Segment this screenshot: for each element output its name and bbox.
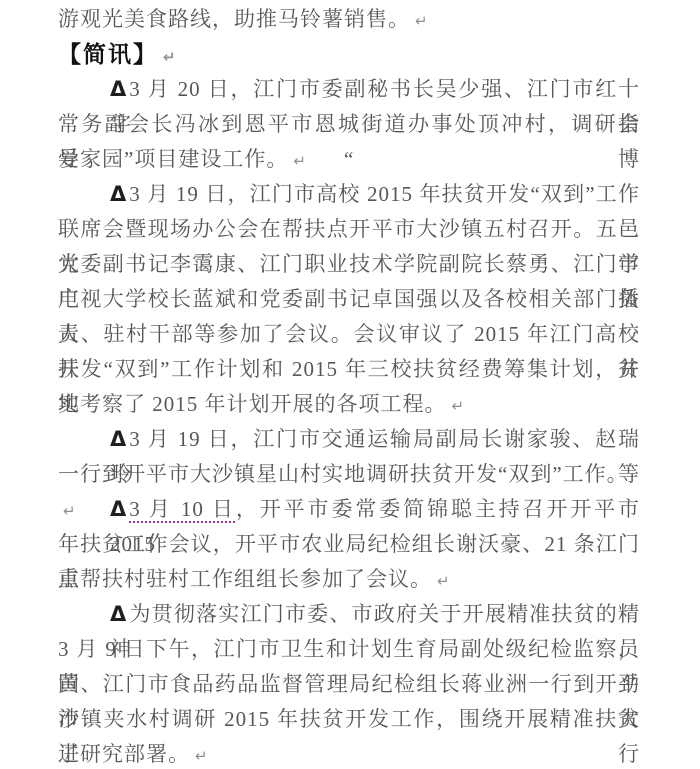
text-segment: 游观光美食路线，助推马铃薯销售。	[58, 7, 410, 31]
para2-line1: Δ3 月 19 日，江门市高校 2015 年扶贫开发“双到”工作	[58, 177, 640, 212]
text-segment: 一行到开平市大沙镇星山村实地调研扶贫开发“双到”工作。	[58, 462, 629, 486]
document-page[interactable]: 游观光美食路线，助推马铃薯销售。↵【简讯】↵Δ3 月 20 日，江门市委副秘书长…	[0, 0, 700, 769]
para5-line3: 国、江门市食品药品监督管理局纪检组长蒋业洲一行到开平市大	[58, 667, 640, 702]
paragraph-mark-icon: ↵	[63, 502, 76, 520]
para1-line1: Δ3 月 20 日，江门市委副秘书长吴少强、江门市红十字会	[58, 72, 640, 107]
delta-marker: Δ	[110, 602, 126, 626]
continuation-line: 游观光美食路线，助推马铃薯销售。↵	[58, 2, 640, 37]
para3-line1: Δ3 月 19 日，江门市交通运输局副局长谢家骏、赵瑞玲等	[58, 422, 640, 457]
para3-line2: 一行到开平市大沙镇星山村实地调研扶贫开发“双到”工作。↵	[58, 457, 640, 492]
paragraph-mark-icon: ↵	[195, 747, 208, 765]
para2-line2: 联席会暨现场办公会在帮扶点开平市大沙镇五村召开。五邑大学	[58, 212, 640, 247]
document-body[interactable]: 游观光美食路线，助推马铃薯销售。↵【简讯】↵Δ3 月 20 日，江门市委副秘书长…	[0, 0, 700, 769]
delta-marker: Δ	[110, 427, 126, 451]
text-segment: 了研究部署。	[58, 742, 190, 766]
para5-line4: 沙镇夹水村调研 2015 年扶贫开发工作，围绕开展精准扶贫进行	[58, 702, 640, 737]
para2-line5: 人、驻村干部等参加了会议。会议审议了 2015 年江门高校扶贫	[58, 317, 640, 352]
text-segment: 地考察了 2015 年计划开展的各项工程。	[58, 392, 447, 416]
paragraph-mark-icon: ↵	[415, 12, 428, 30]
text-segment: 爱家园”项目建设工作。	[58, 147, 288, 171]
paragraph-mark-icon: ↵	[437, 572, 450, 590]
para4-line3: 点帮扶村驻村工作组组长参加了会议。↵	[58, 562, 640, 597]
para4-line1: Δ3 月 10 日，开平市委常委简锦聪主持召开开平市 2015	[58, 492, 640, 527]
para2-line3: 党委副书记李霭康、江门职业技术学院副院长蔡勇、江门市广播	[58, 247, 640, 282]
delta-marker: Δ	[110, 497, 126, 521]
para2-line7: 地考察了 2015 年计划开展的各项工程。↵	[58, 387, 640, 422]
paragraph-mark-icon: ↵	[163, 48, 176, 66]
para2-line4: 电视大学校长蓝斌和党委副书记卓国强以及各校相关部门负责	[58, 282, 640, 317]
para4-line2: 年扶贫工作会议，开平市农业局纪检组长谢沃豪、21 条江门重	[58, 527, 640, 562]
para5-line2: 3 月 9 日下午，江门市卫生和计划生育局副处级纪检监察员黄劲	[58, 632, 640, 667]
paragraph-mark-icon: ↵	[452, 397, 465, 415]
section-header: 【简讯】↵	[58, 37, 640, 72]
spellcheck-underlined-text: 3 月 10 日	[129, 497, 236, 521]
text-segment: 【简讯】	[58, 42, 158, 67]
para5-line1: Δ为贯彻落实江门市委、市政府关于开展精准扶贫的精神，	[58, 597, 640, 632]
delta-marker: Δ	[110, 182, 126, 206]
para1-line2: 常务副会长冯冰到恩平市恩城街道办事处顶冲村，调研指导“博	[58, 107, 640, 142]
delta-marker: Δ	[110, 77, 126, 101]
text-segment: 点帮扶村驻村工作组组长参加了会议。	[58, 567, 432, 591]
para2-line6: 开发“双到”工作计划和 2015 年三校扶贫经费筹集计划，并实	[58, 352, 640, 387]
paragraph-mark-icon: ↵	[293, 152, 306, 170]
text-segment: 3 月 19 日，江门市高校 2015 年扶贫开发“双到”工作	[129, 182, 640, 206]
